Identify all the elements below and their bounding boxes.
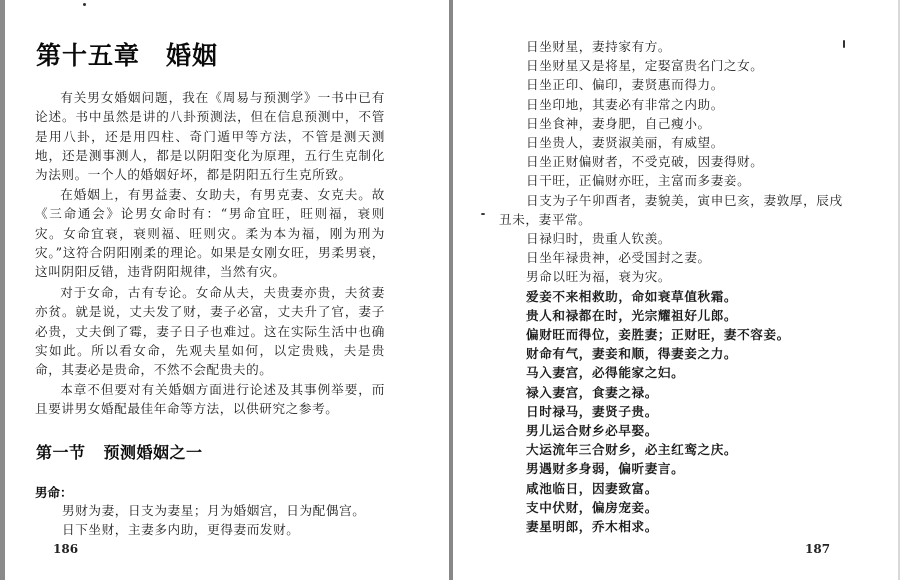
- rule-line-wrapped: 日支为子午卯酉者，妻貌美，寅申巳亥，妻敦厚，辰戌丑未，妻平常。: [526, 191, 844, 229]
- male-fate-label: 男命：: [35, 483, 73, 501]
- rule-line: 爱妾不来相救助，命如衰草值秋霜。: [526, 287, 876, 306]
- rule-line: 日时禄马，妻贤子贵。: [526, 402, 876, 421]
- paragraph-4: 本章不但要对有关婚姻方面进行论述及其事例举要，而且要讲男女婚配最佳年命等方法，以…: [35, 380, 385, 419]
- left-page: 第十五章婚姻 有关男女婚姻问题，我在《周易与预测学》一书中已有论述。书中虽然是讲…: [5, 0, 449, 580]
- section-title: 第一节预测婚姻之一: [36, 440, 203, 463]
- rule-line: 日禄归时，贵重人钦羡。: [526, 229, 876, 248]
- paragraph-1: 有关男女婚姻问题，我在《周易与预测学》一书中已有论述。书中虽然是讲的八卦预测法，…: [35, 88, 385, 184]
- rule-line: 日坐年禄贵神，必受国封之妻。: [526, 248, 876, 267]
- rule-line: 偏财旺而得位，妾胜妻；正财旺，妻不容妾。: [526, 325, 876, 344]
- rule-line: 日坐食神，妻身肥，自己瘦小。: [526, 114, 876, 133]
- rule-line: 贵人和禄都在时，光宗耀祖好儿郎。: [526, 306, 876, 325]
- section-name: 预测婚姻之一: [104, 443, 203, 462]
- rule-line: 男命以旺为福，衰为灾。: [526, 267, 876, 286]
- rule-line-part1: 日支为子午卯酉者，妻貌美，寅申巳亥，妻敦厚，辰戌: [526, 193, 843, 208]
- section-number: 第一节: [36, 443, 86, 462]
- rule-line: 日坐正财偏财者，不受克破，因妻得财。: [526, 152, 876, 171]
- paragraph-text: 对于女命，古有专论。女命从夫，夫贵妻亦贵，夫贫妻亦贫。就是说，丈夫发了财，妻子必…: [35, 283, 385, 379]
- paragraph-2: 在婚姻上，有男益妻、女助夫，有男克妻、女克夫。故《三命通会》论男女命时有：“男命…: [35, 185, 385, 281]
- rule-line: 日坐财星，妻持家有方。: [526, 37, 876, 56]
- rule-line: 咸池临日，因妻致富。: [526, 479, 876, 498]
- rule-line: 财命有气，妻妾和顺，得妻妾之力。: [526, 344, 876, 363]
- rule-line: 马入妻宫，必得能家之妇。: [526, 363, 876, 382]
- rule-line: 日干旺，正偏财亦旺，主富而多妻妾。: [526, 171, 876, 190]
- chapter-name: 婚姻: [166, 41, 218, 70]
- chapter-number: 第十五章: [36, 41, 140, 70]
- rule-line: 禄入妻宫，食妻之禄。: [526, 383, 876, 402]
- paragraph-text: 有关男女婚姻问题，我在《周易与预测学》一书中已有论述。书中虽然是讲的八卦预测法，…: [35, 88, 385, 184]
- rule-line: 支中伏财，偏房宠妾。: [526, 498, 876, 517]
- right-page: 日坐财星，妻持家有方。 日坐财星又是将星，定娶富贵名门之女。 日坐正印、偏印，妻…: [453, 0, 898, 580]
- rule-line: 妻星明郎，乔木相求。: [526, 517, 876, 536]
- rule-line: 大运流年三合财乡，必主红鸾之庆。: [526, 440, 876, 459]
- scan-speck: [843, 40, 845, 48]
- page-number: 187: [805, 542, 830, 556]
- scan-speck: [481, 213, 485, 215]
- rule-line: 日坐印地，其妻必有非常之内助。: [526, 95, 876, 114]
- rule-line: 男财为妻，日支为妻星；月为婚姻宫，日为配偶宫。: [62, 501, 402, 521]
- rule-line: 日下坐财，主妻多内助，更得妻而发财。: [62, 520, 402, 540]
- chapter-title: 第十五章婚姻: [36, 36, 218, 72]
- page-number: 186: [53, 542, 78, 556]
- rule-line: 男儿运合财乡必早娶。: [526, 421, 876, 440]
- rule-line: 日坐贵人，妻贤淑美丽，有威望。: [526, 133, 876, 152]
- paragraph-text: 在婚姻上，有男益妻、女助夫，有男克妻、女克夫。故《三命通会》论男女命时有：“男命…: [35, 185, 385, 281]
- rule-line: 日坐正印、偏印，妻贤惠而得力。: [526, 75, 876, 94]
- scan-speck: [83, 3, 86, 6]
- rule-line-part2: 丑未，妻平常。: [499, 210, 844, 229]
- rule-line: 日坐财星又是将星，定娶富贵名门之女。: [526, 56, 876, 75]
- rule-line: 男遇财多身弱，偏听妻言。: [526, 459, 876, 478]
- rules-list: 日坐财星，妻持家有方。 日坐财星又是将星，定娶富贵名门之女。 日坐正印、偏印，妻…: [526, 37, 876, 536]
- paragraph-3: 对于女命，古有专论。女命从夫，夫贵妻亦贵，夫贫妻亦贫。就是说，丈夫发了财，妻子必…: [35, 283, 385, 379]
- paragraph-text: 本章不但要对有关婚姻方面进行论述及其事例举要，而且要讲男女婚配最佳年命等方法，以…: [35, 380, 385, 419]
